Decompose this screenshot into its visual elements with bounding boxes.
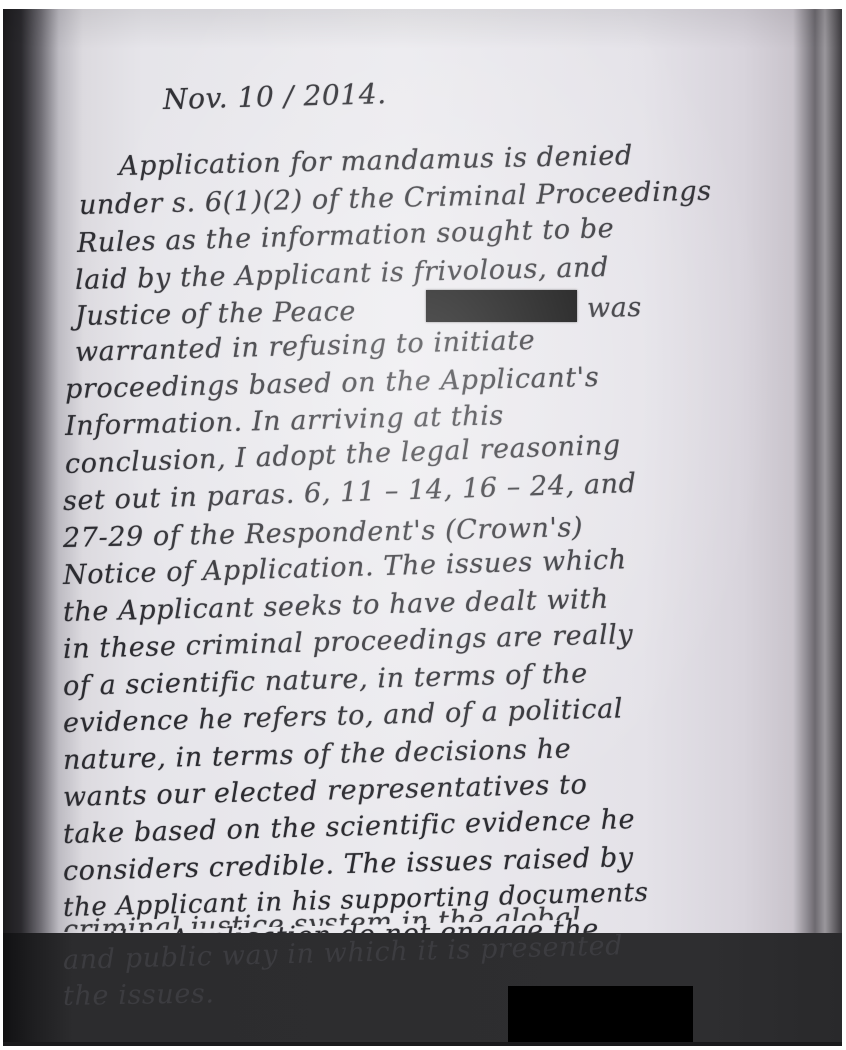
text-line-16: evidence he refers to, and of a politica… bbox=[63, 693, 624, 739]
text-line-2: under s. 6(1)(2) of the Criminal Proceed… bbox=[79, 176, 712, 221]
redaction-box-name bbox=[426, 290, 577, 322]
scanned-page: Nov. 10 / 2014. Application for mandamus… bbox=[3, 9, 842, 1046]
date-line: Nov. 10 / 2014. bbox=[163, 77, 387, 116]
text-line-1: Application for mandamus is denied bbox=[119, 140, 633, 182]
obscured-line-1: and public way in which it is presented bbox=[63, 930, 624, 976]
page-bottom-edge bbox=[3, 1042, 842, 1046]
obscured-line-2: the issues. bbox=[63, 978, 215, 1012]
text-line-3: Rules as the information sought to be bbox=[77, 213, 615, 259]
text-line-6: warranted in refusing to initiate bbox=[75, 325, 536, 368]
text-line-5b: was bbox=[587, 292, 642, 324]
text-line-7: proceedings based on the Applicant's bbox=[65, 362, 600, 405]
paper-sheet: Nov. 10 / 2014. Application for mandamus… bbox=[3, 9, 842, 933]
redaction-box-signature bbox=[508, 986, 693, 1046]
text-line-5: Justice of the Peace bbox=[75, 296, 356, 332]
text-line-17: nature, in terms of the decisions he bbox=[63, 733, 572, 776]
text-line-14: in these criminal proceedings are really bbox=[63, 619, 634, 665]
dark-lower-band: and public way in which it is presented … bbox=[3, 933, 842, 1046]
